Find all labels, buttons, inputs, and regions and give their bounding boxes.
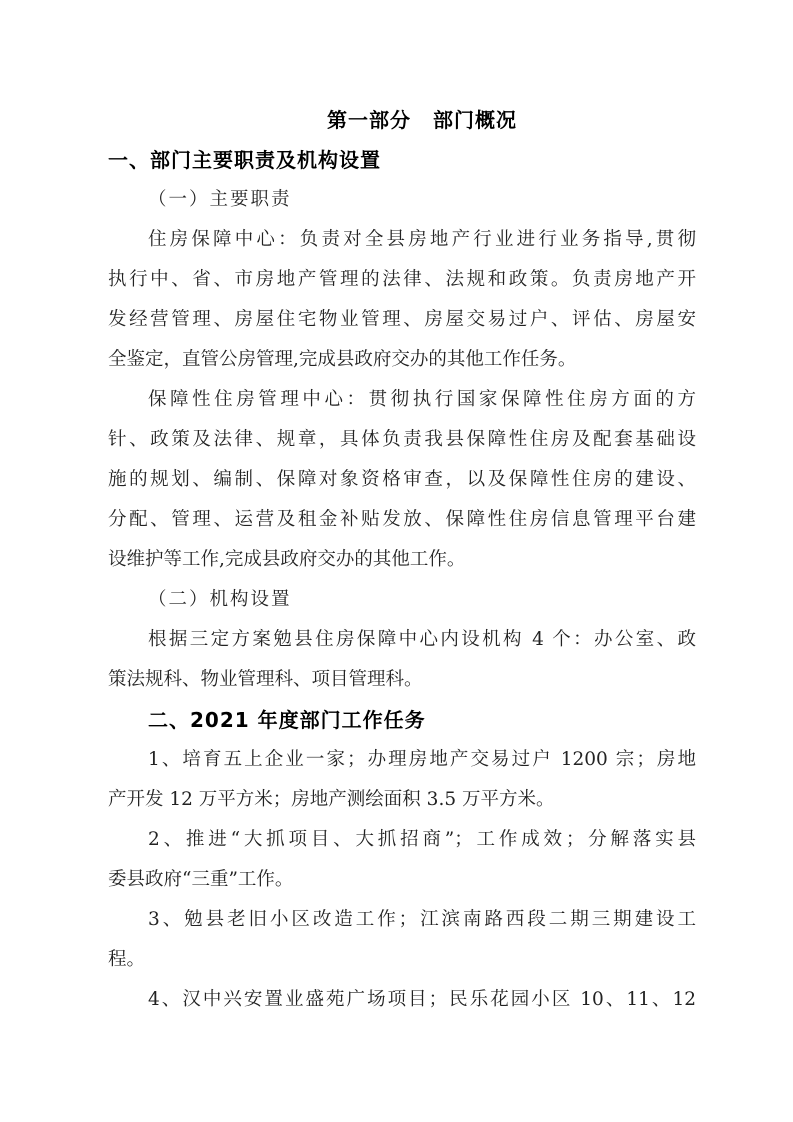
paragraph-line: 1、培育五上企业一家；办理房地产交易过户 1200 宗；房地: [108, 740, 696, 780]
title-part: 第一部分: [327, 108, 411, 132]
paragraph-line: 设维护等工作,完成县政府交办的其他工作。: [108, 540, 696, 580]
page-title: 第一部分部门概况: [108, 100, 696, 140]
section-heading-2: 二、2021 年度部门工作任务: [108, 700, 696, 740]
task-item-2: 2、推进“大抓项目、大抓招商”；工作成效；分解落实县 委县政府“三重”工作。: [108, 820, 696, 900]
paragraph-line: 针、政策及法律、规章，具体负责我县保障性住房及配套基础设: [108, 420, 696, 460]
paragraph-line: 施的规划、编制、保障对象资格审查，以及保障性住房的建设、: [108, 460, 696, 500]
subsection-heading-duties: （一）主要职责: [108, 180, 696, 220]
title-name: 部门概况: [433, 108, 517, 132]
task-item-1: 1、培育五上企业一家；办理房地产交易过户 1200 宗；房地 产开发 12 万平…: [108, 740, 696, 820]
task-item-3: 3、勉县老旧小区改造工作；江滨南路西段二期三期建设工 程。: [108, 900, 696, 980]
paragraph-line: 保障性住房管理中心：贯彻执行国家保障性住房方面的方: [108, 380, 696, 420]
paragraph-line: 4、汉中兴安置业盛苑广场项目；民乐花园小区 10、11、12: [108, 980, 696, 1020]
paragraph-line: 发经营管理、房屋住宅物业管理、房屋交易过户、评估、房屋安: [108, 300, 696, 340]
document-page: 第一部分部门概况 一、部门主要职责及机构设置 （一）主要职责 住房保障中心：负责…: [0, 0, 793, 1122]
paragraph-line: 3、勉县老旧小区改造工作；江滨南路西段二期三期建设工: [108, 900, 696, 940]
page-content: 第一部分部门概况 一、部门主要职责及机构设置 （一）主要职责 住房保障中心：负责…: [108, 100, 696, 1020]
paragraph-structure: 根据三定方案勉县住房保障中心内设机构 4 个：办公室、政 策法规科、物业管理科、…: [108, 620, 696, 700]
section-heading-1: 一、部门主要职责及机构设置: [108, 140, 696, 180]
paragraph-line: 策法规科、物业管理科、项目管理科。: [108, 660, 696, 700]
paragraph-line: 执行中、省、市房地产管理的法律、法规和政策。负责房地产开: [108, 260, 696, 300]
paragraph-line: 2、推进“大抓项目、大抓招商”；工作成效；分解落实县: [108, 820, 696, 860]
paragraph-line: 产开发 12 万平方米；房地产测绘面积 3.5 万平方米。: [108, 780, 696, 820]
paragraph-housing-center: 住房保障中心：负责对全县房地产行业进行业务指导,贯彻 执行中、省、市房地产管理的…: [108, 220, 696, 380]
paragraph-line: 住房保障中心：负责对全县房地产行业进行业务指导,贯彻: [108, 220, 696, 260]
paragraph-affordable-housing-center: 保障性住房管理中心：贯彻执行国家保障性住房方面的方 针、政策及法律、规章，具体负…: [108, 380, 696, 580]
paragraph-line: 程。: [108, 940, 696, 980]
paragraph-line: 全鉴定，直管公房管理,完成县政府交办的其他工作任务。: [108, 340, 696, 380]
subsection-heading-structure: （二）机构设置: [108, 580, 696, 620]
paragraph-line: 分配、管理、运营及租金补贴发放、保障性住房信息管理平台建: [108, 500, 696, 540]
task-item-4: 4、汉中兴安置业盛苑广场项目；民乐花园小区 10、11、12: [108, 980, 696, 1020]
paragraph-line: 委县政府“三重”工作。: [108, 860, 696, 900]
paragraph-line: 根据三定方案勉县住房保障中心内设机构 4 个：办公室、政: [108, 620, 696, 660]
